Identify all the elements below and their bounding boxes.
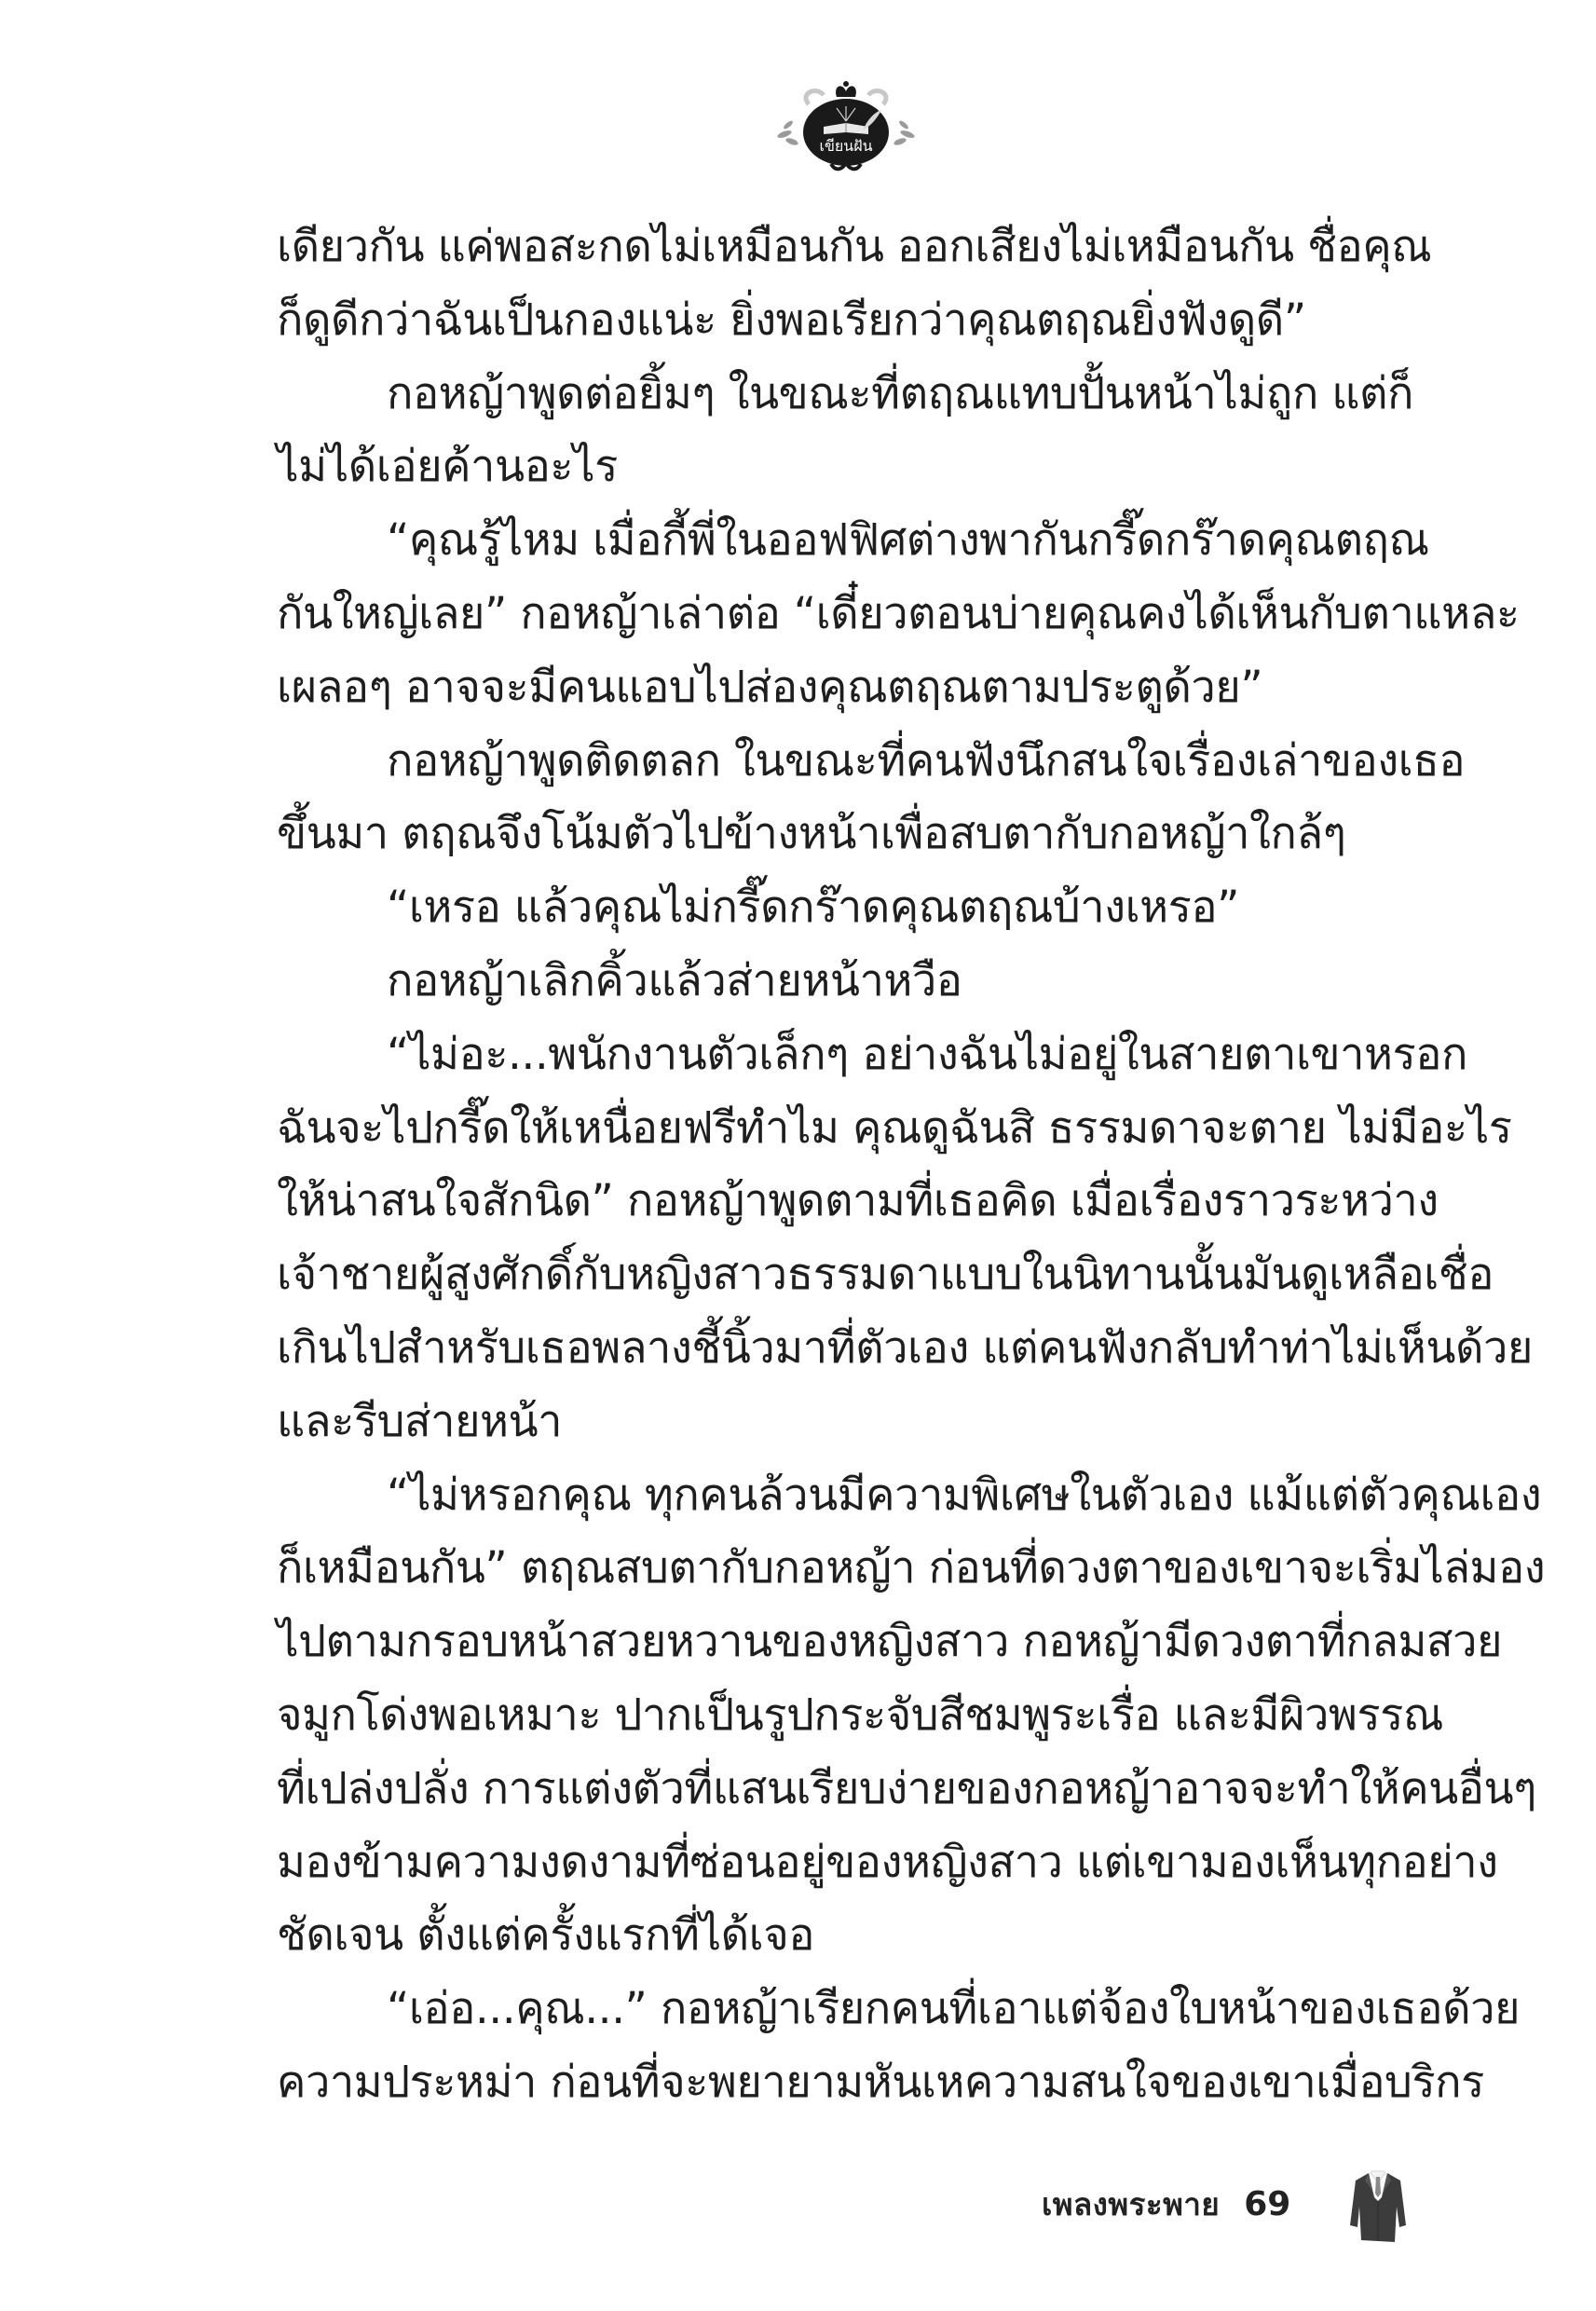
text-line: ความประหม่า ก่อนที่จะพยายามหันเหความสนใจ… <box>277 2046 1405 2120</box>
text-line: และรีบส่ายหน้า <box>277 1386 1405 1459</box>
text-line: กันใหญ่เลย” กอหญ้าเล่าต่อ “เดี๋ยวตอนบ่าย… <box>277 578 1405 651</box>
page-number: 69 <box>1244 2185 1290 2223</box>
text-line: เกินไปสำหรับเธอพลางชี้นิ้วมาที่ตัวเอง แต… <box>277 1312 1405 1386</box>
text-line: ก็เหมือนกัน” ตฤณสบตากับกอหญ้า ก่อนที่ดวง… <box>277 1532 1405 1606</box>
page-footer: เพลงพระพาย 69 <box>1042 2181 1290 2227</box>
suit-jacket-icon <box>1348 2169 1408 2244</box>
text-line: “เหรอ แล้วคุณไม่กรี๊ดกร๊าดคุณตฤณบ้างเหรอ… <box>277 871 1405 945</box>
text-line: “คุณรู้ไหม เมื่อกี้พี่ในออฟฟิศต่างพากันก… <box>277 504 1405 578</box>
text-line: มองข้ามความงดงามที่ซ่อนอยู่ของหญิงสาว แต… <box>277 1826 1405 1900</box>
text-line: ไม่ได้เอ่ยค้านอะไร <box>277 431 1405 504</box>
text-line: ที่เปล่งปลั่ง การแต่งตัวที่แสนเรียบง่ายข… <box>277 1753 1405 1826</box>
publisher-logo: เขียนฝัน <box>771 76 921 177</box>
text-line: เจ้าชายผู้สูงศักดิ์กับหญิงสาวธรรมดาแบบใน… <box>277 1238 1405 1312</box>
text-line: ไปตามกรอบหน้าสวยหวานของหญิงสาว กอหญ้ามีด… <box>277 1606 1405 1679</box>
open-book-quill-emblem-icon: เขียนฝัน <box>771 76 921 177</box>
text-line: ก็ดูดีกว่าฉันเป็นกองแน่ะ ยิ่งพอเรียกว่าค… <box>277 284 1405 358</box>
text-line: ฉันจะไปกรี๊ดให้เหนื่อยฟรีทำไม คุณดูฉันสิ… <box>277 1092 1405 1166</box>
svg-text:เขียนฝัน: เขียนฝัน <box>819 137 872 155</box>
text-line: จมูกโด่งพอเหมาะ ปากเป็นรูปกระจับสีชมพูระ… <box>277 1679 1405 1753</box>
text-line: ชัดเจน ตั้งแต่ครั้งแรกที่ได้เจอ <box>277 1899 1405 1973</box>
text-line: ให้น่าสนใจสักนิด” กอหญ้าพูดตามที่เธอคิด … <box>277 1165 1405 1238</box>
text-line: “ไม่อะ...พนักงานตัวเล็กๆ อย่างฉันไม่อยู่… <box>277 1019 1405 1092</box>
text-line: กอหญ้าเลิกคิ้วแล้วส่ายหน้าหวือ <box>277 945 1405 1019</box>
text-line: เดียวกัน แค่พอสะกดไม่เหมือนกัน ออกเสียงไ… <box>277 211 1405 284</box>
text-line: “เอ่อ...คุณ...” กอหญ้าเรียกคนที่เอาแต่จ้… <box>277 1973 1405 2046</box>
text-line: “ไม่หรอกคุณ ทุกคนล้วนมีความพิเศษในตัวเอง… <box>277 1459 1405 1533</box>
text-line: กอหญ้าพูดติดตลก ในขณะที่คนฟังนึกสนใจเรื่… <box>277 725 1405 799</box>
text-line: เผลอๆ อาจจะมีคนแอบไปส่องคุณตฤณตามประตูด้… <box>277 651 1405 725</box>
text-line: กอหญ้าพูดต่อยิ้มๆ ในขณะที่ตฤณแทบปั้นหน้า… <box>277 358 1405 431</box>
text-line: ขึ้นมา ตฤณจึงโน้มตัวไปข้างหน้าเพื่อสบตาก… <box>277 798 1405 871</box>
running-book-title: เพลงพระพาย <box>1042 2180 1220 2229</box>
body-text: เดียวกัน แค่พอสะกดไม่เหมือนกัน ออกเสียงไ… <box>277 211 1405 2120</box>
